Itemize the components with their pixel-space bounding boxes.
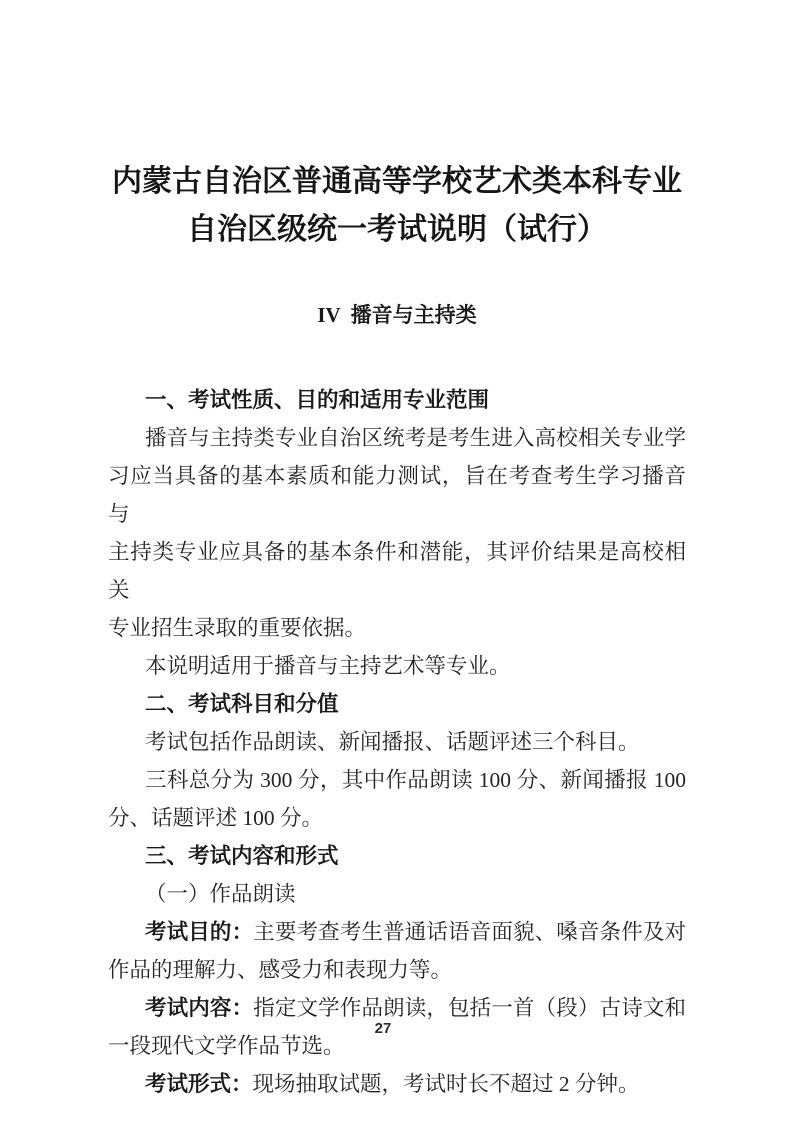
body-text-line: 考试包括作品朗读、新闻播报、话题评述三个科目。: [108, 723, 686, 761]
section-name: 播音与主持类: [351, 304, 477, 327]
body-text-line: 三科总分为 300 分，其中作品朗读 100 分、新闻播报 100: [108, 761, 686, 799]
body-text-line: 主持类专业应具备的基本条件和潜能，其评价结果是高校相关: [108, 533, 686, 609]
body-text-line: 习应当具备的基本素质和能力测试，旨在考查考生学习播音与: [108, 457, 686, 533]
document-page: 内蒙古自治区普通高等学校艺术类本科专业 自治区级统一考试说明（试行） IV播音与…: [0, 0, 794, 1123]
title-line-2: 自治区级统一考试说明（试行）: [108, 206, 686, 254]
body-text-line: 本说明适用于播音与主持艺术等专业。: [108, 647, 686, 685]
bold-label: 考试形式：: [145, 1072, 253, 1096]
document-body: 一、考试性质、目的和适用专业范围播音与主持类专业自治区统考是考生进入高校相关专业…: [108, 381, 686, 1103]
body-text-line: 播音与主持类专业自治区统考是考生进入高校相关专业学: [108, 419, 686, 457]
body-text-line: 考试形式：现场抽取试题，考试时长不超过 2 分钟。: [108, 1065, 686, 1103]
document-content: 内蒙古自治区普通高等学校艺术类本科专业 自治区级统一考试说明（试行） IV播音与…: [108, 0, 686, 1103]
body-text-line: 作品的理解力、感受力和表现力等。: [108, 951, 686, 989]
section-heading: IV播音与主持类: [108, 301, 686, 330]
section-title-line: 三、考试内容和形式: [108, 837, 686, 875]
document-title: 内蒙古自治区普通高等学校艺术类本科专业 自治区级统一考试说明（试行）: [108, 158, 686, 254]
label-line-text: 主要考查考生普通话语音面貌、嗓音条件及对: [253, 920, 686, 944]
body-text-line: 分、话题评述 100 分。: [108, 799, 686, 837]
body-text-line: 考试目的：主要考查考生普通话语音面貌、嗓音条件及对: [108, 913, 686, 951]
section-title-line: 二、考试科目和分值: [108, 685, 686, 723]
section-number: IV: [317, 303, 340, 327]
page-number: 27: [375, 1017, 392, 1041]
section-title-line: 一、考试性质、目的和适用专业范围: [108, 381, 686, 419]
page-number-container: 27: [0, 1017, 794, 1041]
body-text-line: 专业招生录取的重要依据。: [108, 609, 686, 647]
label-line-text: 现场抽取试题，考试时长不超过 2 分钟。: [253, 1072, 640, 1096]
title-line-1: 内蒙古自治区普通高等学校艺术类本科专业: [108, 158, 686, 206]
body-text-line: （一）作品朗读: [108, 875, 686, 913]
bold-label: 考试目的：: [145, 920, 253, 944]
